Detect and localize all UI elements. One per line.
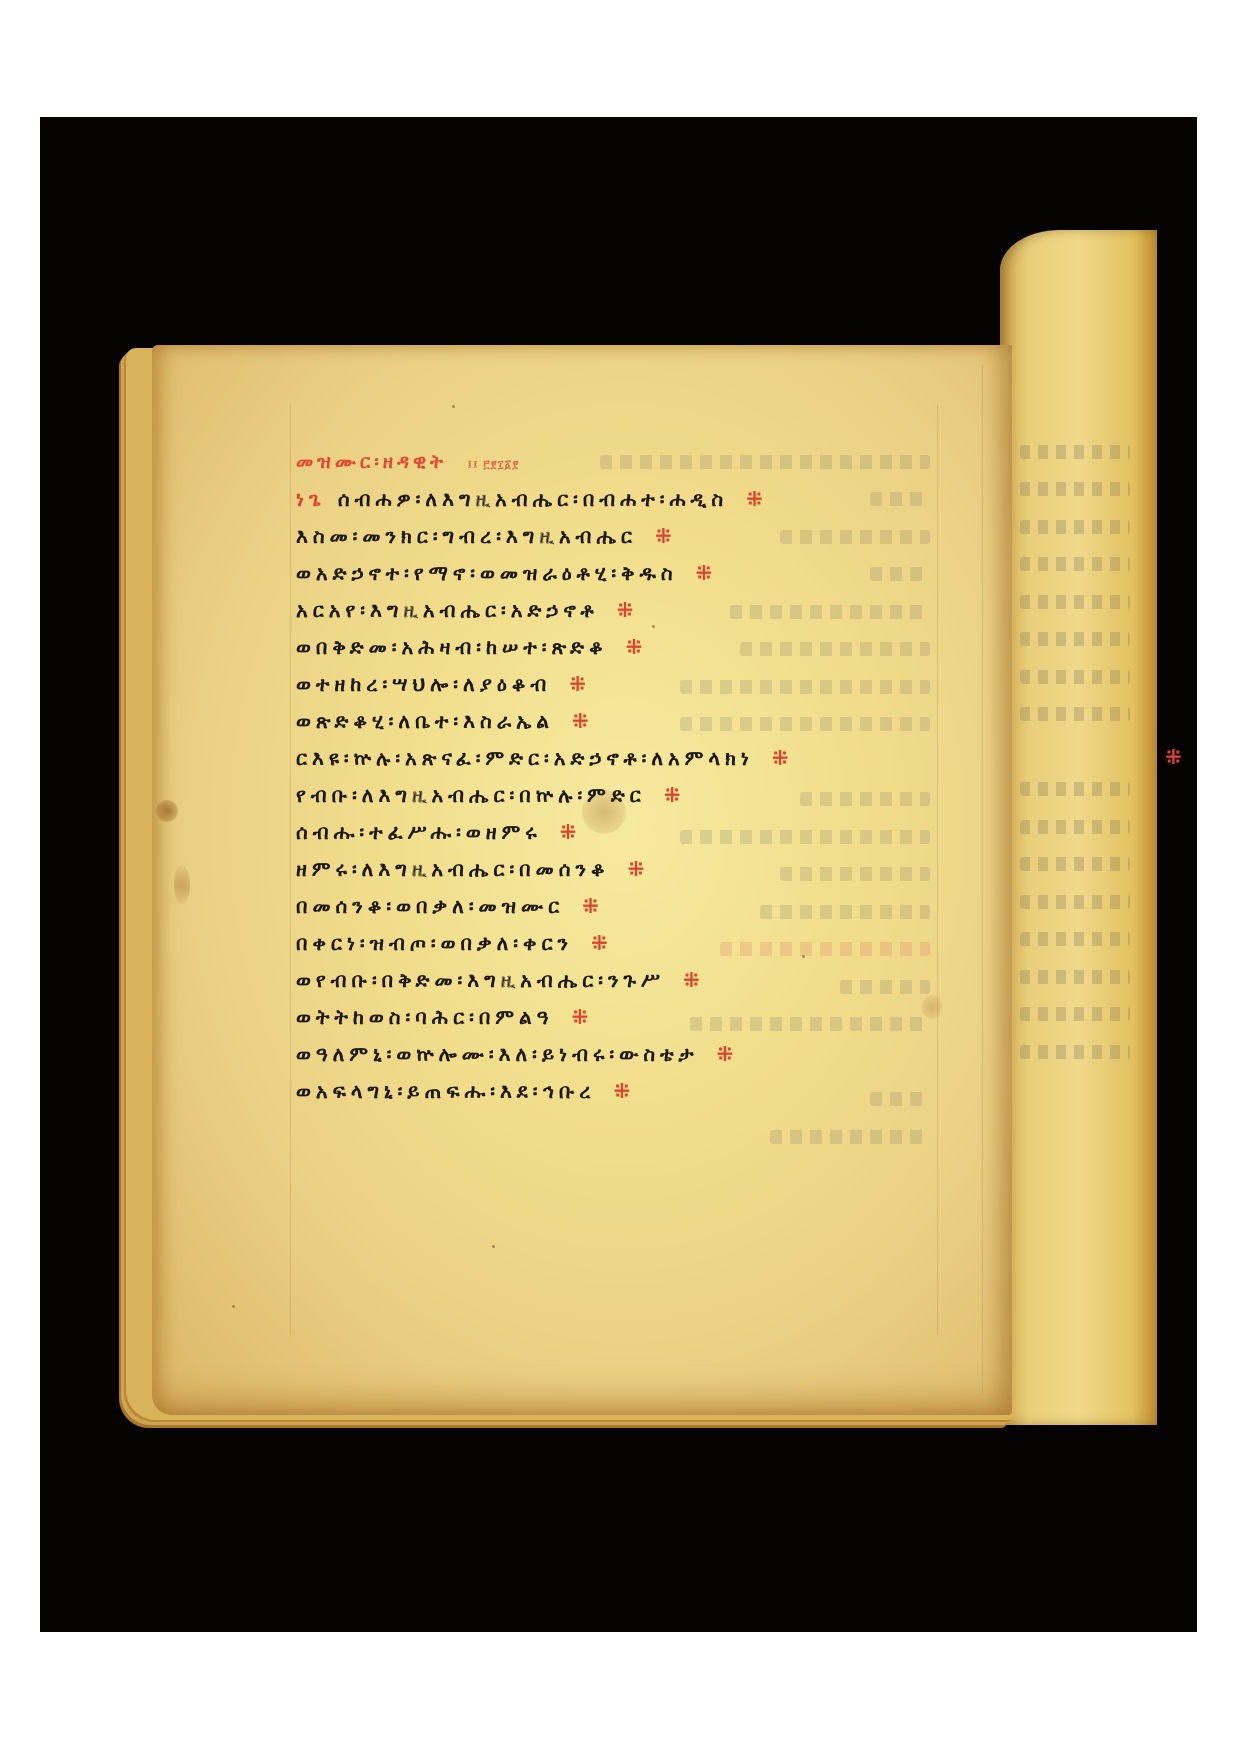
text-line-13: በቀርነ፡ዝብጦ፡ወበቃለ፡ቀርን ⁜ bbox=[296, 926, 608, 960]
red-stop-mark: ⁜ bbox=[613, 1079, 630, 1103]
text-line-16: ወዓለምኒ፡ወኵሎሙ፡እለ፡ይነብሩ፡ውስቴታ ⁜ bbox=[296, 1037, 733, 1071]
faded-text-line bbox=[1020, 445, 1130, 459]
faded-text-line bbox=[1020, 857, 1130, 871]
text-line-6: ወተዘከረ፡ሣህሎ፡ለያዕቆብ ⁜ bbox=[296, 667, 586, 701]
red-stop-mark: ⁜ bbox=[683, 968, 700, 992]
red-stop-mark: ⁜ bbox=[628, 857, 645, 881]
red-stop-mark: ⁜ bbox=[772, 746, 789, 770]
text-line-5: ወበቅድመ፡አሕዛብ፡ከሠተ፡ጽድቆ ⁜ bbox=[296, 630, 642, 664]
red-stop-mark: ⁜ bbox=[717, 1042, 734, 1066]
faded-text-line bbox=[1020, 782, 1130, 796]
line-text: ወጽድቆሂ፡ለቤተ፡እስራኤል bbox=[296, 709, 554, 733]
text-line-9: የብቡ፡ለእግዚአብሔር፡በኵሉ፡ምድር ⁜ bbox=[296, 778, 680, 812]
red-stop-mark: ⁜ bbox=[655, 524, 672, 548]
water-stain bbox=[174, 865, 190, 905]
line-text: ወትትከወስ፡ባሕር፡በምልዓ bbox=[296, 1005, 553, 1029]
line-text: በመሰንቆ፡ወበቃለ፡መዝሙር bbox=[296, 894, 564, 918]
heading-text: መዝሙር፡ዘዳዊት bbox=[296, 451, 447, 473]
line-text: ወተዘከረ፡ሣህሎ፡ለያዕቆብ bbox=[296, 672, 551, 696]
faded-text-line bbox=[1020, 595, 1130, 609]
foxing-spot bbox=[492, 1245, 495, 1248]
red-stop-mark: ⁜ bbox=[572, 709, 589, 733]
line-text: ወዓለምኒ፡ወኵሎሙ፡እለ፡ይነብሩ፡ውስቴታ bbox=[296, 1042, 699, 1066]
text-line-7: ወጽድቆሂ፡ለቤተ፡እስራኤል ⁜ bbox=[296, 704, 589, 738]
facing-page-red-mark: ⁜ bbox=[1165, 745, 1182, 769]
text-line-11: ዘምሩ፡ለእግዚአብሔር፡በመሰንቆ ⁜ bbox=[296, 852, 644, 886]
foxing-spot bbox=[652, 625, 655, 628]
red-stop-mark: ⁜ bbox=[664, 783, 681, 807]
red-stop-mark: ⁜ bbox=[626, 635, 643, 659]
foxing-spot bbox=[452, 405, 455, 408]
red-stop-mark: ⁜ bbox=[571, 1005, 588, 1029]
line-text: እስመ፡መንክር፡ግብረ፡እግዚአብሔር bbox=[296, 524, 637, 548]
red-stop-mark: ⁜ bbox=[560, 820, 577, 844]
red-stop-mark: ⁜ bbox=[696, 561, 713, 585]
faded-text-line bbox=[1020, 482, 1130, 496]
facing-page bbox=[1000, 230, 1157, 1425]
red-stop-mark: ⁜ bbox=[746, 487, 763, 511]
line-text: ወአፍላግኒ፡ይጠፍሑ፡እደ፡ኅቡረ bbox=[296, 1079, 596, 1103]
text-line-12: በመሰንቆ፡ወበቃለ፡መዝሙር ⁜ bbox=[296, 889, 599, 923]
line-text: በቀርነ፡ዝብጦ፡ወበቃለ፡ቀርን bbox=[296, 931, 573, 955]
text-line-2: እስመ፡መንክር፡ግብረ፡እግዚአብሔር ⁜ bbox=[296, 519, 672, 553]
line-text: ርእዩ፡ኵሉ፡አጽናፈ፡ምድር፡አድኃኖቶ፡ለአምላክነ bbox=[296, 746, 754, 770]
line-text: ወየብቡ፡በቅድመ፡እግዚአብሔር፡ንጉሥ bbox=[296, 968, 665, 992]
ruling-line bbox=[290, 405, 291, 1335]
text-line-14: ወየብቡ፡በቅድመ፡እግዚአብሔር፡ንጉሥ ⁜ bbox=[296, 963, 700, 997]
line-text: ወአድኃኖተ፡የማኖ፡ወመዝራዕቶሂ፡ቅዱስ bbox=[296, 561, 678, 585]
text-line-15: ወትትከወስ፡ባሕር፡በምልዓ ⁜ bbox=[296, 1000, 588, 1034]
text-line-3: ወአድኃኖተ፡የማኖ፡ወመዝራዕቶሂ፡ቅዱስ ⁜ bbox=[296, 556, 712, 590]
water-stain bbox=[156, 800, 178, 822]
line-text: አርአየ፡እግዚአብሔር፡አድኃኖቶ bbox=[296, 598, 599, 622]
line-text: ሰብሐዎ፡ለእግዚአብሔር፡በብሐተ፡ሐዲስ bbox=[338, 487, 728, 511]
text-line-10: ሰብሑ፡ተፈሥሑ፡ወዘምሩ ⁜ bbox=[296, 815, 576, 849]
foxing-spot bbox=[232, 1305, 235, 1308]
faded-text-line bbox=[1020, 1045, 1130, 1059]
faded-text-line bbox=[1020, 557, 1130, 571]
text-line-17: ወአፍላግኒ፡ይጠፍሑ፡እደ፡ኅቡረ ⁜ bbox=[296, 1074, 630, 1108]
faded-text-line bbox=[1020, 670, 1130, 684]
faded-text-line bbox=[1020, 520, 1130, 534]
faded-text-line bbox=[1020, 932, 1130, 946]
line-text: የብቡ፡ለእግዚአብሔር፡በኵሉ፡ምድር bbox=[296, 783, 646, 807]
faded-text-line bbox=[1020, 895, 1130, 909]
faded-text-line bbox=[1020, 632, 1130, 646]
faded-text-line bbox=[1020, 970, 1130, 984]
red-incipit: ነጌ bbox=[296, 487, 326, 511]
faded-text-line bbox=[1020, 820, 1130, 834]
faded-text-line bbox=[1020, 707, 1130, 721]
line-text: ዘምሩ፡ለእግዚአብሔር፡በመሰንቆ bbox=[296, 857, 610, 881]
psalm-heading: መዝሙር፡ዘዳዊት ፤፤ ፫፻፲፩፻ bbox=[296, 445, 519, 479]
line-text: ሰብሑ፡ተፈሥሑ፡ወዘምሩ bbox=[296, 820, 542, 844]
heading-note: ፤፤ ፫፻፲፩፻ bbox=[468, 458, 520, 471]
faded-text-line bbox=[1020, 1007, 1130, 1021]
red-stop-mark: ⁜ bbox=[582, 894, 599, 918]
line-text: ወበቅድመ፡አሕዛብ፡ከሠተ፡ጽድቆ bbox=[296, 635, 608, 659]
text-line-8: ርእዩ፡ኵሉ፡አጽናፈ፡ምድር፡አድኃኖቶ፡ለአምላክነ ⁜ bbox=[296, 741, 789, 775]
ruling-line bbox=[937, 405, 938, 1335]
red-stop-mark: ⁜ bbox=[569, 672, 586, 696]
red-stop-mark: ⁜ bbox=[591, 931, 608, 955]
text-line-1: ነጌ ሰብሐዎ፡ለእግዚአብሔር፡በብሐተ፡ሐዲስ ⁜ bbox=[296, 482, 763, 516]
red-stop-mark: ⁜ bbox=[617, 598, 634, 622]
text-line-4: አርአየ፡እግዚአብሔር፡አድኃኖቶ ⁜ bbox=[296, 593, 633, 627]
water-stain bbox=[922, 995, 942, 1019]
gutter-fold bbox=[982, 365, 983, 1395]
